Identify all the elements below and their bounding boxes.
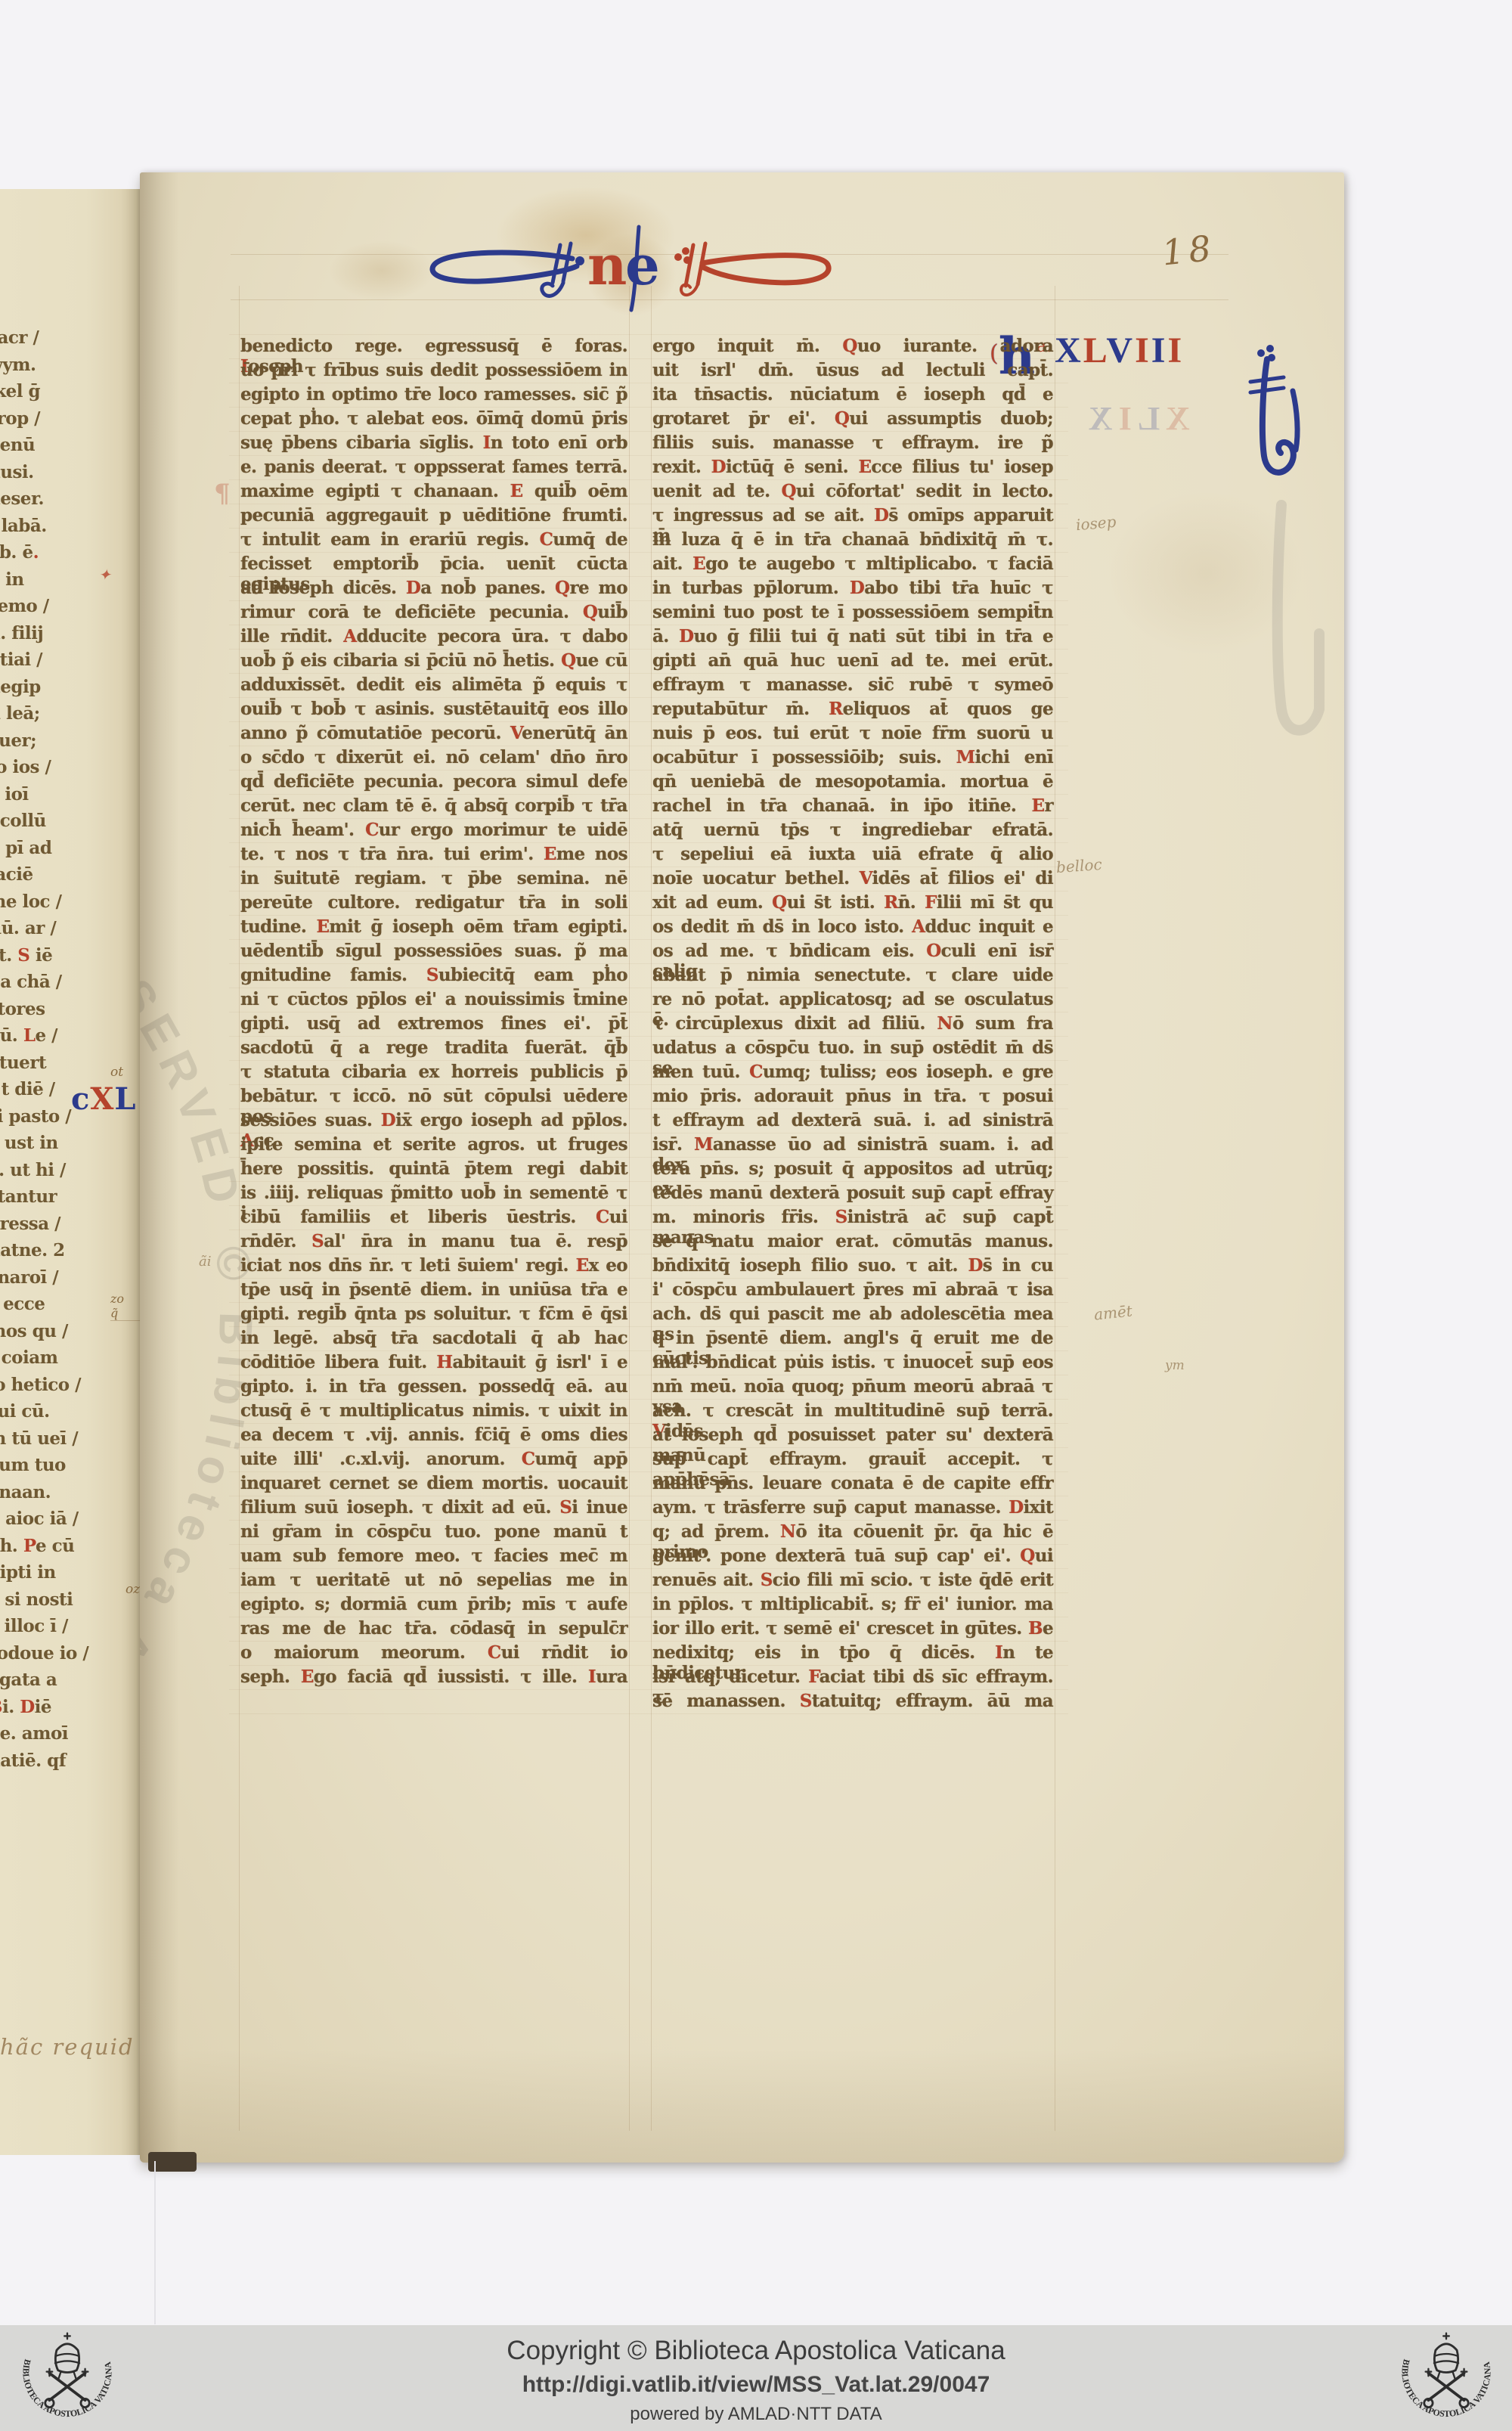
text-line-fragment: gū. Le / <box>0 1025 94 1053</box>
text-line: ait. Ego te augebo τ mltiplicabo. τ faci… <box>652 553 1053 578</box>
text-line: egipto. s; dormiā cum p̄rib; mīs τ aufe <box>240 1594 627 1618</box>
text-line: uēdentib̄ sīgul possessiōes suas. p̃ ma <box>240 941 627 965</box>
text-line: reputabūtur m̄. Reliquos at̄ quos ge <box>652 699 1053 723</box>
text-line: grotaret p̄r ei'. Qui assumptis duob; <box>652 408 1053 433</box>
text-line: rn̄dēr. Sal' n̄ra in manu tua ē. resp̄ <box>240 1231 627 1255</box>
text-line: ior illo erit. τ semē ei' crescet in gūt… <box>652 1618 1053 1642</box>
text-line: manū pn̄s. leuare conata ē de capite eff… <box>652 1473 1053 1497</box>
text-line: ergo inquit m̄. Quo iurante. adora <box>652 336 1053 360</box>
text-line: is .iiij. reliquas p̃mitto uob̄ in semen… <box>240 1183 627 1207</box>
margin-note-hac-requid: hãc requid <box>0 2034 135 2060</box>
running-title-ornament: n e <box>412 219 843 318</box>
text-line-fragment: semo / <box>0 596 94 623</box>
text-line: adduxissēt. dedit eis alimēta p̃ equis τ <box>240 674 627 699</box>
text-line: atq̄ uernū tp̄s τ ingrediebar efratā. <box>652 820 1053 844</box>
text-line-fragment: nusi. <box>0 462 94 489</box>
text-line-fragment: neser. <box>0 488 94 516</box>
text-line: ille rn̄dit. Adducite pecora ūra. τ dabo <box>240 626 627 650</box>
text-line: gnitudine famis. Subiecitq̄ eam pḣo <box>240 965 627 989</box>
text-line-fragment: natiē. qf <box>0 1750 94 1778</box>
text-line: anno p̃ cōmutatiōe pecorū. Venerūtq̄ ān <box>240 723 627 747</box>
text-line: ach. τ crescāt in multitudinē sup̄ terrā… <box>652 1400 1053 1425</box>
text-line: aym. τ trāsferre sup̄ caput manasse. Dix… <box>652 1497 1053 1521</box>
text-line: in luza q̄ ē in tr̄a chanaā bn̄dixitq̄ m… <box>652 529 1053 553</box>
text-line: in turbas pp̄lorum. Dabo tibi tr̄a huīc … <box>652 578 1053 602</box>
text-line: cepat pḣo. τ alebat eos. ōīmq̄ domū p̄ri… <box>240 408 627 433</box>
text-line: gipti. regib̄ q̄nta ps soluitur. τ fc̄m … <box>240 1304 627 1328</box>
text-line: men tuū. Cumq; tuliss; eos ioseph. e gre <box>652 1062 1053 1086</box>
text-line-fragment: euer; <box>0 730 94 758</box>
text-line: nm̄ meū. noīa quoq; pn̄um meorū abraā τ … <box>652 1376 1053 1400</box>
manuscript-page: © Biblioteca Apostolica Vaticana ALL RIG… <box>140 172 1344 2163</box>
text-line: udatus a cōspc̄u tuo. in sup̄ ostēdit m̄… <box>652 1037 1053 1062</box>
text-line: genit'. pone dexterā tuā sup̄ cap' ei'. … <box>652 1546 1053 1570</box>
svg-text:BIBLIOTECA APOSTOLICA VATICANA: BIBLIOTECA APOSTOLICA VATICANA <box>20 2358 113 2419</box>
text-line: bn̄dixitq̄ ioseph filio suo. τ ait. Ds̄ … <box>652 1255 1053 1279</box>
text-line-fragment: snaroī / <box>0 1267 94 1295</box>
text-line: noīe uocatur bethel. Vidēs at̄ filios ei… <box>652 868 1053 892</box>
chapter-heading: a.XLVIII <box>1036 330 1184 371</box>
margin-note-ai: ãi <box>199 1254 212 1270</box>
text-line: τ ingressus ad se ait. Ds̄ omīps apparui… <box>652 505 1053 529</box>
logo-arc-text: BIBLIOTECA APOSTOLICA VATICANA <box>20 2358 113 2419</box>
text-line: iciat nos dn̄s n̄r. τ leti s̄uiem' regi.… <box>240 1255 627 1279</box>
text-line: os dedit m̄ ds̄ in loco isto. Adduc inqu… <box>652 916 1053 941</box>
text-line: se q̄ natu maior erat. cōmutās manus. <box>652 1231 1053 1255</box>
text-line: egipto in optimo tr̄e loco ramesses. sic… <box>240 384 627 408</box>
text-line-fragment: to ios / <box>0 757 94 784</box>
footer-url: http://digi.vatlib.it/view/MSS_Vat.lat.2… <box>0 2372 1512 2398</box>
text-line: seph. Ego faciā qd̄ iussisti. τ ille. Iu… <box>240 1667 627 1691</box>
text-line: uam sub femore meo. τ facies mec̄ m <box>240 1546 627 1570</box>
text-line: gipto. i. in tr̄a gessen. possedq̄ eā. a… <box>240 1376 627 1400</box>
text-line: re nō pot̄at. applicatosq; ad se osculat… <box>652 989 1053 1013</box>
text-line-fragment: stantur <box>0 1186 94 1214</box>
footer-bar: Copyright © Biblioteca Apostolica Vatica… <box>0 2325 1512 2431</box>
scanned-page-view: sacr /wym.lkel ḡrrop /genūnusi.neser.t l… <box>0 0 1512 2431</box>
text-line-fragment: ī collū <box>0 811 94 838</box>
text-line: uit isrl' dm̄. ūsus ad lectuli capt̄. <box>652 360 1053 384</box>
blue-paraph-ornament <box>1240 343 1312 494</box>
text-line-fragment: wym. <box>0 355 94 382</box>
faded-red-paraph: ¶ <box>214 479 231 509</box>
text-line: ūo p̄ri τ frībus suis dedit possessiōem … <box>240 360 627 384</box>
footer-powered-by: powered by AMLAD·NTT DATA <box>0 2404 1512 2425</box>
text-line: cerūt. nec clam tē ē. q̄ absq̄ corpib̄ τ… <box>240 795 627 820</box>
vatican-library-logo-left: BIBLIOTECA APOSTOLICA VATICANA <box>11 2329 124 2431</box>
text-column-1: benedicto rege. egressusq̄ ē foras. Iose… <box>240 336 627 1691</box>
text-line-fragment: me loc / <box>0 891 94 919</box>
text-line-fragment: sui cū. <box>0 1401 94 1428</box>
text-line: qd̄ deficiēte pecunia. pecora simul defe <box>240 771 627 795</box>
text-line: qn̄ ueniebā de mesopotamia. mortua ē <box>652 771 1053 795</box>
text-line: m. minoris fr̄is. Sinistrā ac̄ sup̄ capt… <box>652 1207 1053 1231</box>
text-line: effraym τ manasse. sic̄ rubē τ symeō <box>652 674 1053 699</box>
text-line: cōditiōe libera fuit. Habitauit ḡ isrl' … <box>240 1352 627 1376</box>
text-line: τ statuta cibaria ex horreis publicis p̄ <box>240 1062 627 1086</box>
text-line: mio p̄ris. adorauit pn̄us in tr̄a. τ pos… <box>652 1086 1053 1110</box>
text-line: ouib̄ τ bob̄ τ asinis. sustētauitq̄ eos … <box>240 699 627 723</box>
footer-copyright: Copyright © Biblioteca Apostolica Vatica… <box>0 2336 1512 2366</box>
text-line-fragment: natne. 2 <box>0 1240 94 1267</box>
text-line: isr̄. Manasse ūo ad sinistrā suam. i. ad… <box>652 1134 1053 1158</box>
text-line-fragment: lkel ḡ <box>0 381 94 408</box>
text-line: ita tn̄sactis. nūciatum ē ioseph qd̄ e <box>652 384 1053 408</box>
text-line-fragment: p pī ad <box>0 838 94 865</box>
text-line: in pp̄los. τ mltiplicabit̄. s; fr̄ ei' i… <box>652 1594 1053 1618</box>
text-line-fragment: o si nosti <box>0 1589 94 1617</box>
text-line-fragment: ob. ē. <box>0 542 94 569</box>
text-line: ā. Duo ḡ filii tui q̄ nati sūt tibi in t… <box>652 626 1053 650</box>
text-line: fecisset emptorib̄ p̄cia. uenīt cūcta eg… <box>240 553 627 578</box>
text-line: τ circūplexus dixit ad filiū. Nō sum fra <box>652 1013 1053 1037</box>
bleedthrough-chapter-number: XLIX <box>1083 399 1190 438</box>
text-line-fragment: io hetico / <box>0 1375 94 1402</box>
logo-arc-text: BIBLIOTECA APOSTOLICA VATICANA <box>1399 2358 1492 2419</box>
text-line-fragment: bh. Pe cū <box>0 1536 94 1563</box>
text-line-fragment: genū <box>0 435 94 462</box>
running-title-letter-e: e <box>625 233 660 297</box>
text-line: ipite semina et serite agros. ut fruges <box>240 1134 627 1158</box>
text-line: ras me de hac tr̄a. cōdasq̄ in sepulc̄r <box>240 1618 627 1642</box>
text-line: ocabūtur ī possessiōib; suis. Michi enī <box>652 747 1053 771</box>
text-line: o maiorum meorum. Cui rn̄dit io <box>240 1642 627 1667</box>
running-title-letter-n: n <box>587 233 627 297</box>
text-line-fragment: ḡ in <box>0 569 94 597</box>
text-line: ni τ cūctos pp̄los ei' a nouissimis t̄mi… <box>240 989 627 1013</box>
text-line: ea decem τ .vij. annis. fc̄iq̄ ē oms die… <box>240 1425 627 1449</box>
text-line: abant p̄ nimia senectute. τ clare uide <box>652 965 1053 989</box>
chapter-number: XLVIII <box>1055 330 1184 371</box>
text-line: inquaret cernet se diem mortis. uocauit <box>240 1473 627 1497</box>
text-line-fragment: fiū. ar / <box>0 918 94 945</box>
text-line: ach. ds̄ qui pascit me ab adolescētia me… <box>652 1304 1053 1328</box>
text-line-fragment: anaan. <box>0 1482 94 1509</box>
text-line: tp̄e usq̄ in p̄sentē diem. in uniūsa tr̄… <box>240 1279 627 1304</box>
text-line: sacdotū q̄ a rege tradita fuerāt. q̄b̄ <box>240 1037 627 1062</box>
text-line: pereūte cultore. redigatur tr̄a in soli <box>240 892 627 916</box>
text-line-fragment: ua chā / <box>0 972 94 999</box>
text-line: τ intulit eam in erariū regis. Cumq̄ de <box>240 529 627 553</box>
red-flourish-right <box>702 256 829 283</box>
text-line-fragment: rodoue io / <box>0 1643 94 1670</box>
text-line-fragment: pe. amoī <box>0 1723 94 1750</box>
tiara-and-keys-icon <box>1424 2333 1468 2408</box>
text-line: filiis suis. manasse τ effraym. ire p̃ <box>652 433 1053 457</box>
text-line: isr̄ atq; dicetur. Faciat tibi ds̄ sīc e… <box>652 1667 1053 1691</box>
folio-number: 18 <box>1160 227 1217 273</box>
margin-note-ym: ym <box>1165 1358 1185 1373</box>
text-line-fragment: gipti in <box>0 1562 94 1589</box>
text-line: uob̄ p̃ eis cibaria si p̄ciū nō h̄etis. … <box>240 650 627 674</box>
text-line: filium suū ioseph. τ dixit ad eū. Si inu… <box>240 1497 627 1521</box>
vatican-library-logo-right: BIBLIOTECA APOSTOLICA VATICANA <box>1390 2329 1503 2431</box>
text-line-fragment: ogata a <box>0 1670 94 1697</box>
text-line: sup̄ capt̄ effraym. grauit̄ accepit. τ a… <box>652 1449 1053 1473</box>
text-line-fragment: e. ut hi / <box>0 1160 94 1187</box>
margin-note-amet: amēt <box>1093 1301 1133 1323</box>
text-line: benedicto rege. egressusq̄ ē foras. Iose… <box>240 336 627 360</box>
text-line: q; ad p̄rem. Nō ita cōuenit p̄r. q̄a hic… <box>652 1521 1053 1546</box>
text-line-fragment: mos qu / <box>0 1321 94 1348</box>
text-line-fragment: et. S iē <box>0 945 94 972</box>
text-line: cibū familiis et liberis ūestris. Cui <box>240 1207 627 1231</box>
text-line-fragment: e illoc ī / <box>0 1616 94 1643</box>
text-line: xit ad eum. Qui s̄t isti. Rn̄. Filii mī … <box>652 892 1053 916</box>
text-line-fragment: t labā. <box>0 516 94 543</box>
previous-folio-edge: sacr /wym.lkel ḡrrop /genūnusi.neser.t l… <box>0 189 144 2155</box>
text-line: maxime egipti τ chanaan. E quib̄ oēm <box>240 481 627 505</box>
previous-chapter-number: cXL <box>71 1081 137 1117</box>
text-line: uenit ad te. Qui cōfortat' sedit in lect… <box>652 481 1053 505</box>
text-line-fragment: a ust in <box>0 1133 94 1160</box>
text-line: os ad me. τ bn̄dicam eis. Oculi enī isr̄… <box>652 941 1053 965</box>
text-line: ni gr̄am in cōspc̄u tuo. pone manū t <box>240 1521 627 1546</box>
text-line-fragment: stores <box>0 999 94 1026</box>
text-line: at̄ ioseph qd̄ posuisset pater su' dexte… <box>652 1425 1053 1449</box>
text-line: rachel in tr̄a chanaā. in ip̄o itin̄e. E… <box>652 795 1053 820</box>
text-line-fragment: m tū ueī / <box>0 1428 94 1456</box>
text-line-fragment: n. filij <box>0 623 94 650</box>
text-line: pecuniā aggregauit p uēditiōne frumti. <box>240 505 627 529</box>
margin-note-zoq: zo q̃ <box>110 1291 144 1321</box>
text-line: sessiōes suas. Dix̄ ergo ioseph ad pp̄lo… <box>240 1110 627 1134</box>
text-column-2: ergo inquit m̄. Quo iurante. adorauit is… <box>652 336 1053 1715</box>
text-line: sē manassen. Statuitq; effraym. āū ma <box>652 1691 1053 1715</box>
text-line: o sc̄do τ dixerūt ei. nō celam' dn̄o n̄r… <box>240 747 627 771</box>
text-line-fragment: faciē <box>0 864 94 891</box>
text-line-fragment: negip <box>0 677 94 704</box>
text-line: rimur corā te deficiēte pecunia. Quib̄ <box>240 602 627 626</box>
text-line: gipti. usq̄ ad extremos fines ei'. p̄t̄ <box>240 1013 627 1037</box>
text-line: renuēs ait. Scio fili mī scio. τ iste q̄… <box>652 1570 1053 1594</box>
text-line-fragment: ii leā; <box>0 703 94 730</box>
red-flourish-mark: ✦ <box>98 566 111 584</box>
text-line: ad ioseph dicēs. Da nob̄ panes. Qre mo <box>240 578 627 602</box>
text-line: tēdēs manū dexterā posuit sup̄ capt̄ eff… <box>652 1183 1053 1207</box>
text-line: nich̄ h̄eam'. Cur ergo morimur te uidē <box>240 820 627 844</box>
text-line: in s̄uitutē regiam. τ p̄be semina. nē <box>240 868 627 892</box>
text-line: rexit. Dictūq̄ ē seni. Ecce filius tu' i… <box>652 457 1053 481</box>
text-line: q̄ in p̄sentē diem. angl's q̄ eruit me d… <box>652 1328 1053 1352</box>
text-line: gipti an̄ quā huc uenī ad te. mei erūt. <box>652 650 1053 674</box>
margin-note-iosep: iosep <box>1075 513 1117 535</box>
text-line-fragment: otuert <box>0 1053 94 1080</box>
text-line-fragment: t coiam <box>0 1347 94 1375</box>
text-line: t effraym ad dexterā suā. i. ad sinistrā <box>652 1110 1053 1134</box>
text-line: bebātur. τ iccō. nō sūt cōpulsi uēdere p… <box>240 1086 627 1110</box>
text-line: nedixitq; eis in tp̄o q̄ dicēs. In te bn… <box>652 1642 1053 1667</box>
text-line: mal'. bn̄dicat pu̇is istis. τ inuocet̄ s… <box>652 1352 1053 1376</box>
text-line: in legē. absq̄ tr̄a sacdotali q̄ ab hac <box>240 1328 627 1352</box>
text-line: terā pn̄s. s; posuit q̄ appositos ad utr… <box>652 1158 1053 1183</box>
previous-folio-text-fragments: sacr /wym.lkel ḡrrop /genūnusi.neser.t l… <box>0 327 94 1777</box>
margin-note-oz: oz <box>125 1582 140 1597</box>
text-line-fragment: eum tuo <box>0 1455 94 1482</box>
text-line-fragment: rrop / <box>0 408 94 436</box>
margin-note-ot: ot <box>110 1065 123 1080</box>
text-line-fragment: ḡ aioc iā / <box>0 1509 94 1536</box>
text-line: tudine. Emit ḡ ioseph oēm tr̄am egipti. <box>240 916 627 941</box>
text-line: uite illi' .c.xl.vij. anorum. Cumq̄ app̄ <box>240 1449 627 1473</box>
text-line: nuis p̄ eos. tui erūt τ noīe fr̄m suorū … <box>652 723 1053 747</box>
tiara-and-keys-icon <box>45 2333 89 2408</box>
text-line: e. panis deerat. τ oppsserat fames terrā… <box>240 457 627 481</box>
svg-text:BIBLIOTECA APOSTOLICA VATICANA: BIBLIOTECA APOSTOLICA VATICANA <box>1399 2358 1492 2419</box>
text-line-fragment: sacr / <box>0 327 94 355</box>
text-line-fragment: gressa / <box>0 1214 94 1241</box>
text-line: τ sepeliui eā iuxta uiā efrate q̄ alio <box>652 844 1053 868</box>
text-line-fragment: ptiai / <box>0 650 94 677</box>
text-line: semini tuo post te ī possessiōem sempit̄… <box>652 602 1053 626</box>
text-line: ctusq̄ ē τ multiplicatus nimis. τ uixit … <box>240 1400 627 1425</box>
text-line-fragment: z ecce <box>0 1294 94 1321</box>
bleedthrough-paraph-ghost <box>1259 498 1331 747</box>
text-line: suę p̄bens cibaria sīglis. In toto enī o… <box>240 433 627 457</box>
text-line: h̄ere possitis. quintā p̄tem regi dabit <box>240 1158 627 1183</box>
page-stack-edge <box>154 2161 156 2324</box>
text-line-fragment: Bi. Diē <box>0 1697 94 1724</box>
text-line: i' cōspc̄u ambulauert p̄res mī abraā τ i… <box>652 1279 1053 1304</box>
text-line-fragment: o ioī <box>0 784 94 811</box>
text-line: te. τ nos τ tr̄a n̄ra. tui erim'. Eme no… <box>240 844 627 868</box>
margin-note-belloc: belloc <box>1055 855 1102 876</box>
text-line: iam τ ueritatē ut nō sepelias me in <box>240 1570 627 1594</box>
